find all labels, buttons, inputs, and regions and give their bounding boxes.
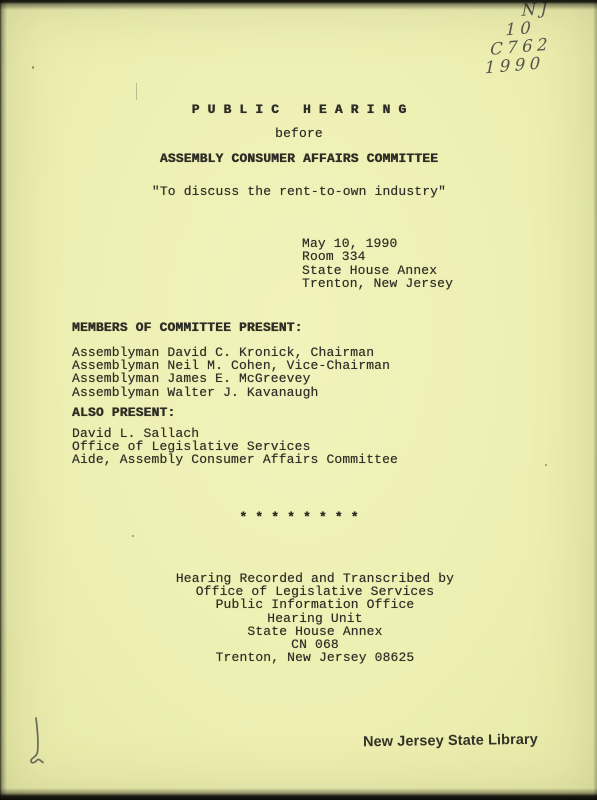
handwritten-call-number: NJ 10 C762 1990 [485, 0, 586, 77]
paper-speck [32, 66, 34, 69]
event-date: May 10, 1990 [302, 237, 453, 250]
transcription-credit: Hearing Recorded and Transcribed by Offi… [20, 572, 597, 664]
transcription-line: Trenton, New Jersey 08625 [20, 651, 597, 664]
also-present-list: David L. Sallach Office of Legislative S… [72, 427, 398, 467]
scan-edge-left [0, 0, 7, 800]
hearing-subject: "To discuss the rent-to-own industry" [4, 185, 594, 198]
event-building: State House Annex [302, 264, 453, 277]
event-city: Trenton, New Jersey [302, 277, 453, 290]
pen-mark [24, 716, 54, 770]
scan-edge-bottom [0, 788, 597, 800]
library-stamp: New Jersey State Library [363, 732, 538, 750]
paper-scratch [136, 83, 137, 100]
transcription-line: Public Information Office [20, 598, 597, 611]
member-line: Assemblyman James E. McGreevey [72, 372, 390, 385]
also-present-heading: ALSO PRESENT: [72, 406, 175, 419]
event-details: May 10, 1990 Room 334 State House Annex … [302, 237, 453, 291]
committee-name: ASSEMBLY CONSUMER AFFAIRS COMMITTEE [4, 152, 594, 165]
also-present-line: Aide, Assembly Consumer Affairs Committe… [72, 453, 398, 466]
scanned-document-page: NJ 10 C762 1990 P U B L I C H E A R I N … [0, 0, 597, 800]
transcription-line: Hearing Unit [20, 612, 597, 625]
members-heading: MEMBERS OF COMMITTEE PRESENT: [72, 321, 303, 334]
scan-edge-right [593, 0, 597, 800]
asterisk-separator: * * * * * * * * [4, 511, 594, 524]
paper-speck [210, 189, 212, 191]
paper-speck [132, 535, 134, 537]
member-line: Assemblyman Walter J. Kavanaugh [72, 386, 390, 399]
members-list: Assemblyman David C. Kronick, Chairman A… [72, 346, 390, 399]
scan-vignette [0, 0, 597, 800]
document-title: P U B L I C H E A R I N G [4, 103, 594, 116]
title-subtitle: before [4, 127, 594, 140]
paper-speck [545, 464, 547, 466]
event-room: Room 334 [302, 250, 453, 263]
